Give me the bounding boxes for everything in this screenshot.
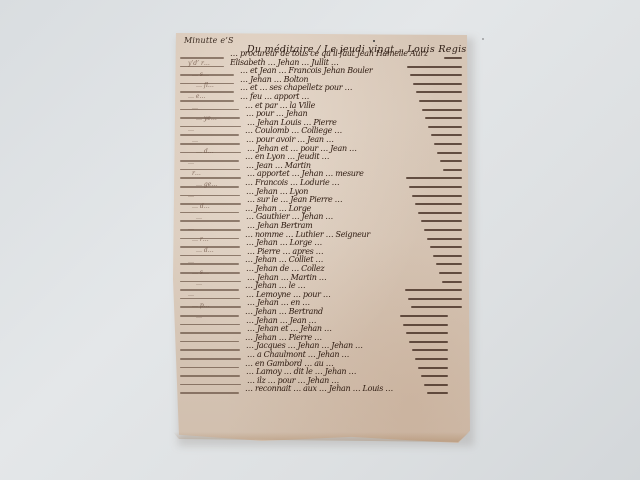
margin-annotation: … p… [192, 302, 232, 310]
ink-speck [373, 40, 375, 42]
margin-stroke [180, 392, 239, 394]
margin-annotation: … [196, 313, 236, 321]
margin-stroke [180, 134, 239, 136]
margin-annotation: … d… [196, 148, 236, 156]
line-filler-stroke [444, 57, 462, 59]
margin-annotation: … [188, 225, 228, 233]
margin-annotation: … s… [192, 71, 232, 79]
manuscript-text-line: … reconnait … aux … Jehan … Louis … [245, 384, 428, 393]
margin-annotation: … d… [196, 247, 236, 255]
margin-stroke [180, 349, 240, 351]
margin-annotation: … [188, 192, 228, 200]
margin-stroke [180, 358, 241, 360]
margin-annotation: … e… [188, 93, 228, 101]
margin-note: Minutte e’S [184, 36, 234, 45]
margin-annotation: … s… [192, 269, 232, 277]
margin-annotation: … [188, 126, 228, 134]
line-filler-stroke [442, 281, 462, 283]
margin-annotation: … [196, 214, 236, 222]
margin-annotation: … [188, 291, 228, 299]
margin-stroke [180, 332, 241, 334]
line-filler-stroke [443, 169, 462, 171]
margin-stroke [180, 375, 240, 377]
photo-scene: Minutte e’S Du méditaire / Le jeudi ving… [0, 0, 640, 480]
margin-annotation: … r… [192, 236, 232, 244]
margin-annotation: … d… [192, 203, 232, 211]
margin-annotation: … [196, 280, 236, 288]
margin-stroke [180, 324, 240, 326]
margin-annotation: … [192, 104, 232, 112]
margin-annotation: r… [192, 170, 232, 178]
margin-annotation: … ge… [196, 181, 236, 189]
line-filler-stroke [440, 160, 462, 162]
line-filler-stroke [439, 272, 462, 274]
margin-annotation: … [192, 137, 232, 145]
margin-stroke [180, 367, 239, 369]
margin-annotation: … [188, 159, 228, 167]
margin-annotation: … ye… [196, 115, 236, 123]
margin-annotation: … [188, 258, 228, 266]
margin-annotation: … fl… [196, 82, 236, 90]
margin-annotation: y’d’ r… [188, 60, 228, 68]
background-speck [482, 38, 484, 40]
margin-stroke [180, 57, 224, 59]
